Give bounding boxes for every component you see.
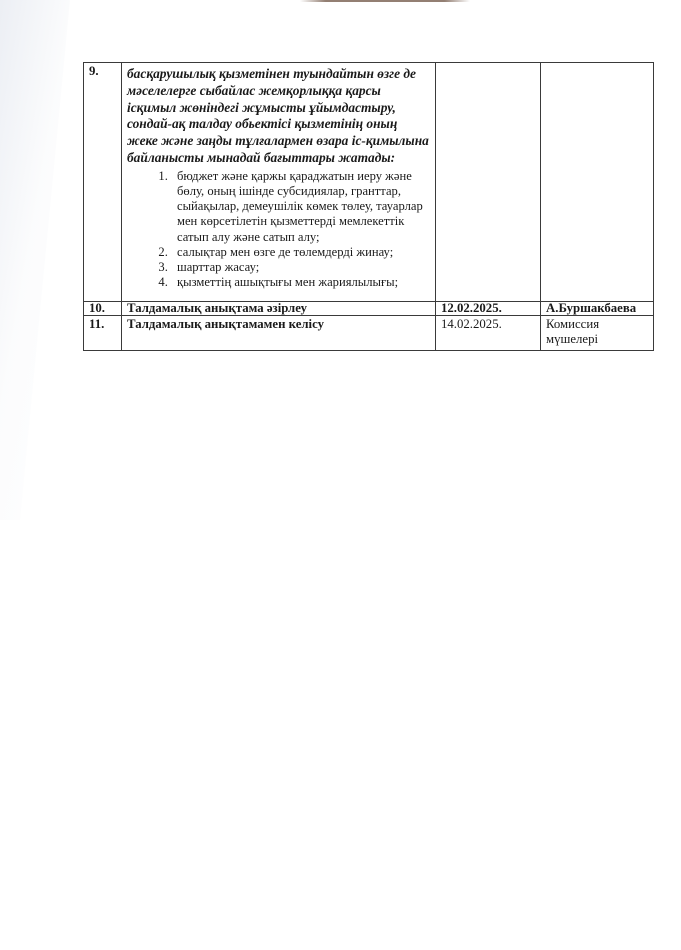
task-cell: басқарушылық қызметінен туындайтын өзге … — [122, 63, 436, 302]
task-description: Талдамалық анықтамамен келісу — [122, 316, 436, 351]
task-description: Талдамалық анықтама әзірлеу — [122, 302, 436, 316]
row-number: 11. — [84, 316, 122, 351]
list-item: шарттар жасау; — [171, 260, 430, 275]
table-row: 10. Талдамалық анықтама әзірлеу 12.02.20… — [84, 302, 654, 316]
list-item: бюджет және қаржы қараджатын иеру және б… — [171, 169, 430, 245]
action-plan-table: 9. басқарушылық қызметінен туындайтын өз… — [83, 62, 654, 351]
table-row: 11. Талдамалық анықтамамен келісу 14.02.… — [84, 316, 654, 351]
task-description: басқарушылық қызметінен туындайтын өзге … — [127, 64, 430, 167]
date-cell: 12.02.2025. — [436, 302, 541, 316]
row-number: 10. — [84, 302, 122, 316]
task-items-list: бюджет және қаржы қараджатын иеру және б… — [127, 169, 430, 291]
responsible-cell — [541, 63, 654, 302]
scan-top-edge — [300, 0, 470, 2]
date-cell — [436, 63, 541, 302]
list-item: салықтар мен өзге де төлемдерді жинау; — [171, 245, 430, 260]
responsible-cell: Комиссия мүшелері — [541, 316, 654, 351]
table-row: 9. басқарушылық қызметінен туындайтын өз… — [84, 63, 654, 302]
row-number: 9. — [84, 63, 122, 302]
responsible-cell: А.Буршакбаева — [541, 302, 654, 316]
scan-shadow — [0, 0, 70, 520]
list-item: қызметтің ашықтығы мен жариялылығы; — [171, 275, 430, 290]
date-cell: 14.02.2025. — [436, 316, 541, 351]
